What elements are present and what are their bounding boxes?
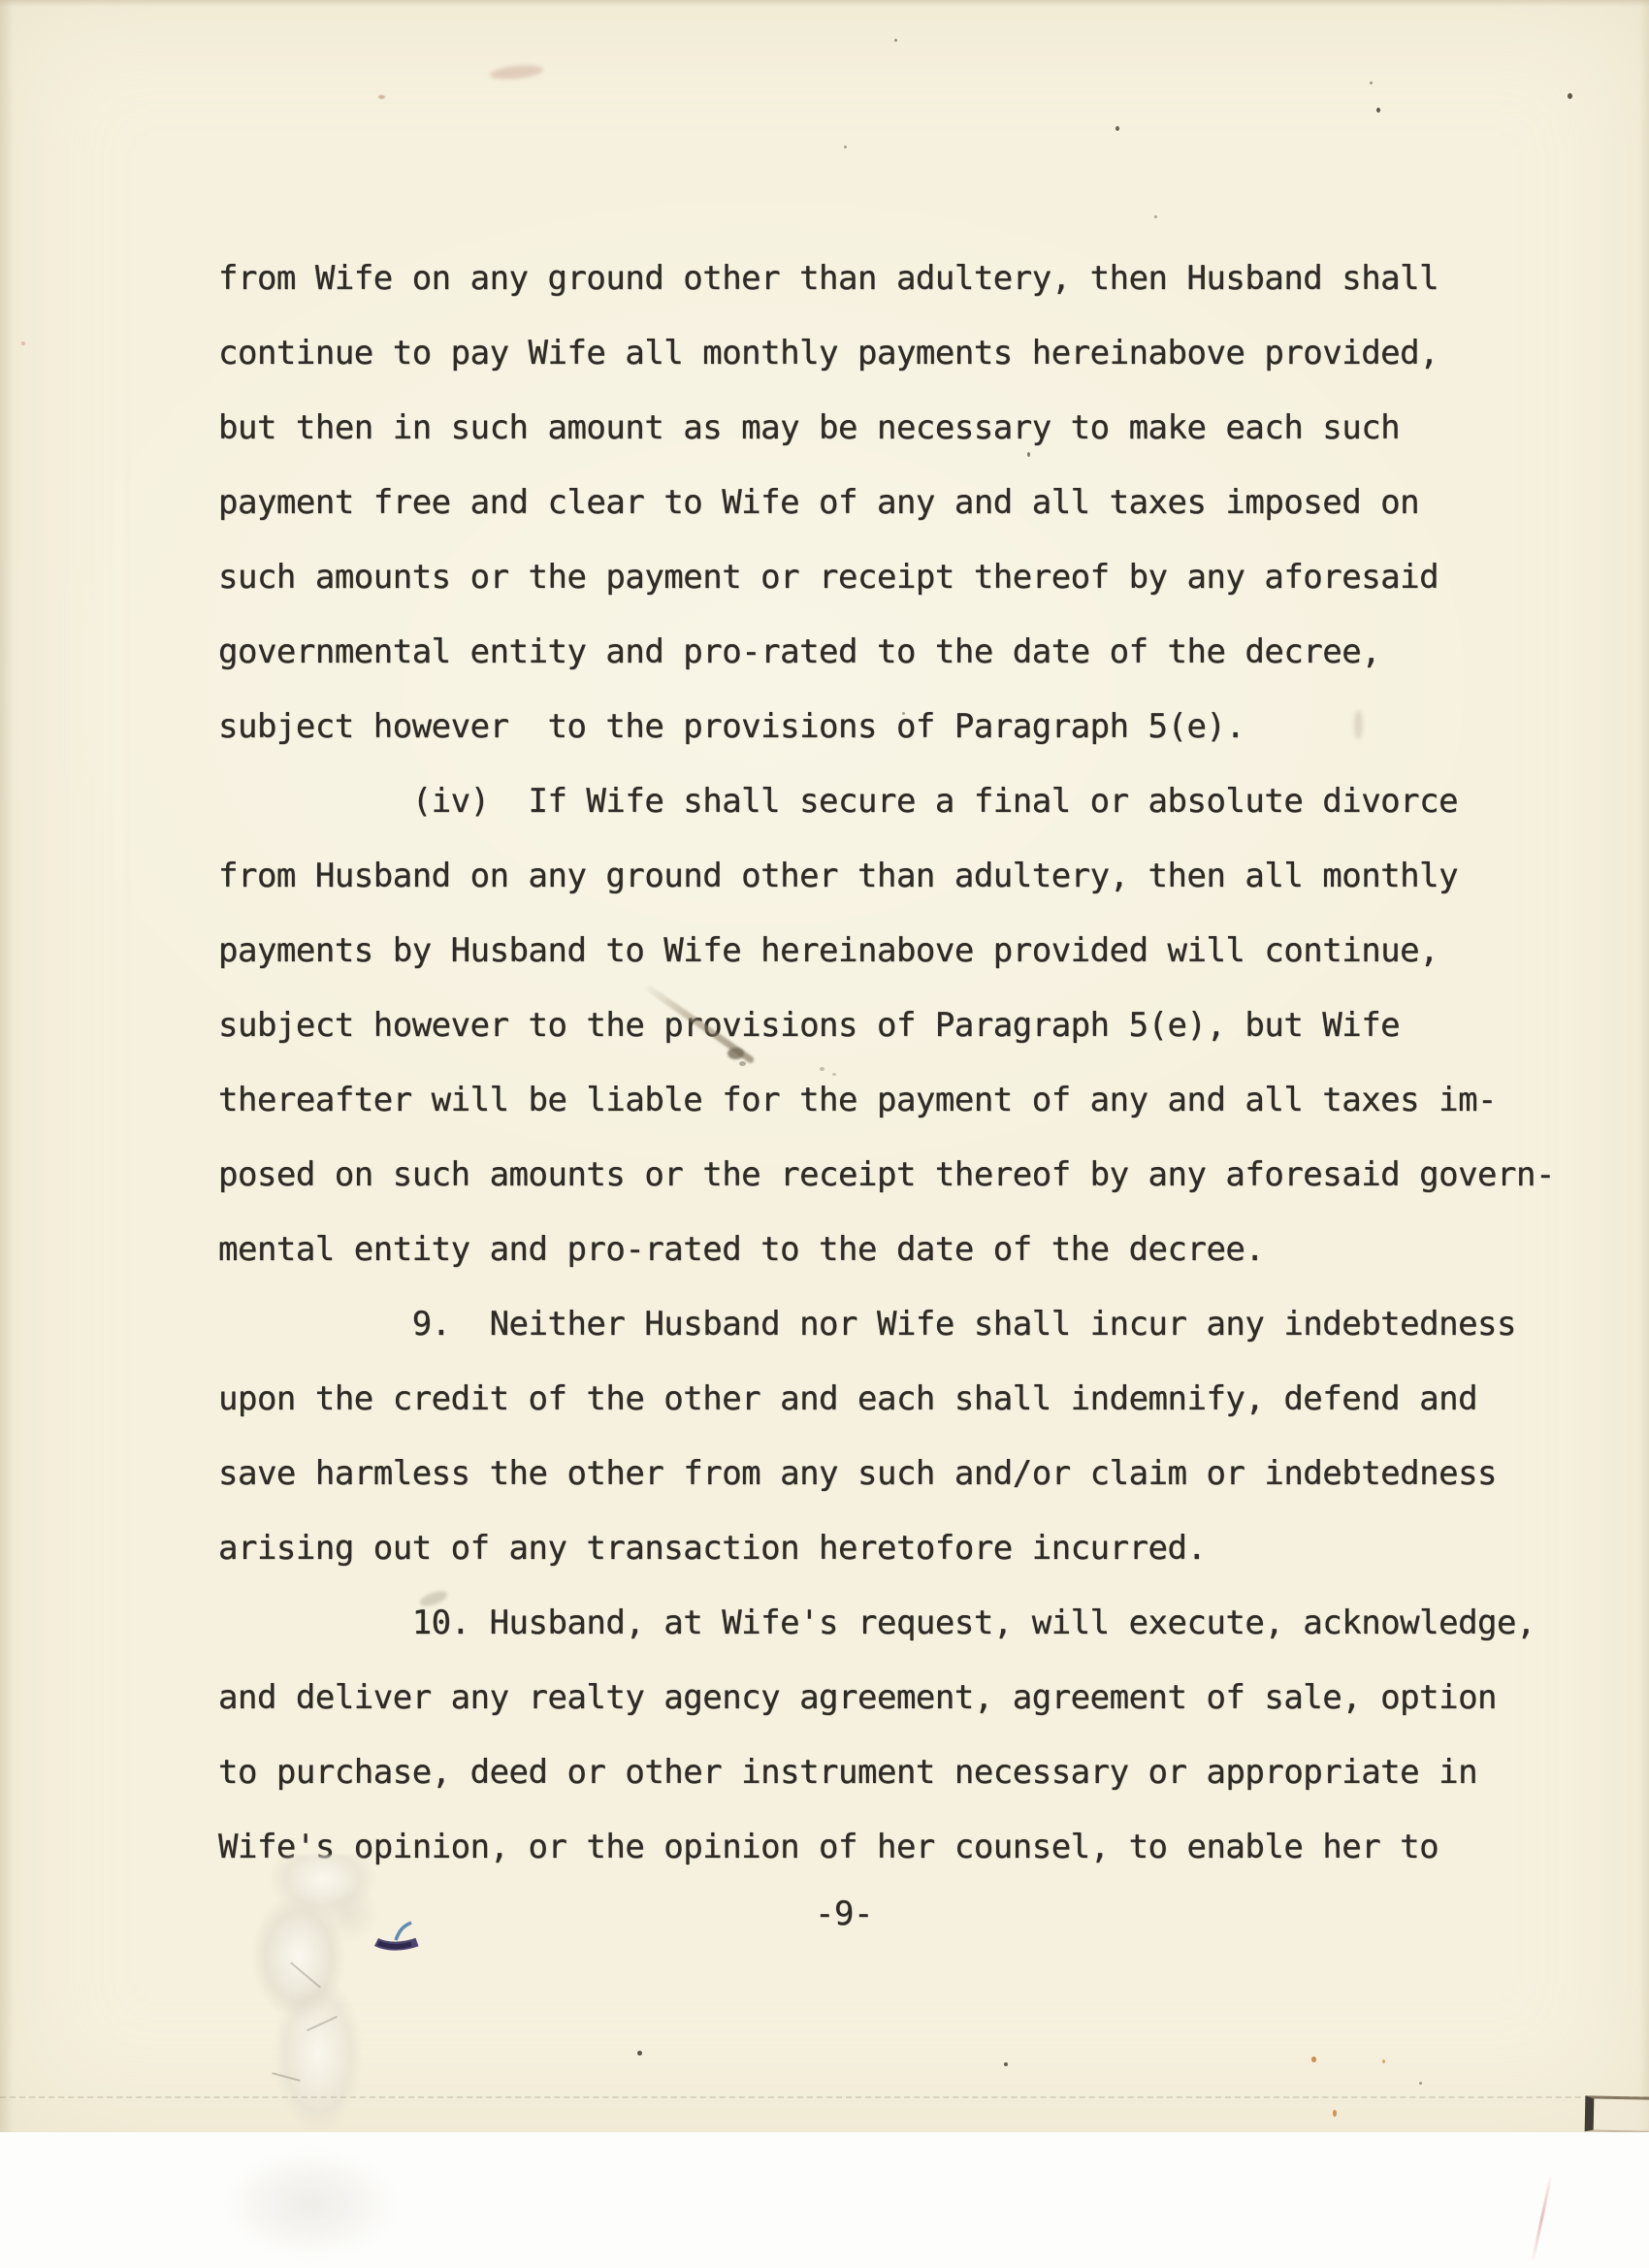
text-line: payment free and clear to Wife of any an… (218, 466, 1555, 540)
text-line: mental entity and pro-rated to the date … (218, 1213, 1555, 1287)
text-line: such amounts or the payment or receipt t… (218, 540, 1555, 615)
pen-box-mark (1585, 2095, 1649, 2132)
paper-speck (820, 1067, 824, 1071)
text-line: (iv) If Wife shall secure a final or abs… (218, 764, 1555, 839)
text-line: posed on such amounts or the receipt the… (218, 1138, 1555, 1213)
paper-speck (844, 146, 847, 148)
paper-speck (1333, 2110, 1337, 2117)
text-line: and deliver any realty agency agreement,… (218, 1661, 1555, 1735)
text-line: governmental entity and pro-rated to the… (218, 615, 1555, 690)
paper-speck (1154, 215, 1157, 218)
text-line: from Wife on any ground other than adult… (218, 242, 1555, 316)
paper-speck (1382, 2059, 1385, 2063)
paper-speck (1004, 2062, 1008, 2066)
blue-ink-mark (367, 1913, 427, 1956)
paper-speck (1376, 108, 1380, 113)
text-line: from Husband on any ground other than ad… (218, 839, 1555, 914)
faint-smudge (489, 63, 543, 81)
paper-speck (1419, 2082, 1422, 2085)
text-line: continue to pay Wife all monthly payment… (218, 316, 1555, 391)
fold-crease-line (0, 2096, 1649, 2098)
paper-speck (21, 341, 25, 345)
scratch-mark (1532, 2177, 1552, 2261)
text-line: subject however to the provisions of Par… (218, 988, 1555, 1063)
text-line: arising out of any transaction heretofor… (218, 1511, 1555, 1586)
text-line: upon the credit of the other and each sh… (218, 1362, 1555, 1437)
text-line: 9. Neither Husband nor Wife shall incur … (218, 1287, 1555, 1362)
paper-speck (637, 2051, 642, 2056)
paper-speck (902, 712, 905, 715)
faint-smudge (1354, 710, 1363, 739)
water-stain (241, 1855, 435, 2132)
paper-sheet: from Wife on any ground other than adult… (0, 0, 1649, 2132)
text-line: save harmless the other from any such an… (218, 1437, 1555, 1511)
scanner-background-strip (0, 2132, 1649, 2268)
paper-speck (1370, 81, 1373, 84)
paper-speck (894, 39, 897, 42)
text-line: thereafter will be liable for the paymen… (218, 1063, 1555, 1138)
text-line: 10. Husband, at Wife's request, will exe… (218, 1586, 1555, 1661)
document-text-block: from Wife on any ground other than adult… (218, 242, 1555, 1885)
paper-speck (378, 95, 385, 99)
paper-speck (832, 1073, 836, 1076)
paper-speck (739, 1061, 746, 1066)
text-line: to purchase, deed or other instrument ne… (218, 1735, 1555, 1810)
paper-speck (1027, 452, 1030, 457)
scanned-document-page: from Wife on any ground other than adult… (0, 0, 1649, 2268)
paper-speck (1568, 93, 1572, 99)
text-line: but then in such amount as may be necess… (218, 391, 1555, 466)
stain-shadow (223, 2150, 398, 2258)
smudge-dot (727, 1048, 744, 1059)
paper-speck (1115, 126, 1119, 131)
paper-speck (1311, 2057, 1316, 2062)
text-line: payments by Husband to Wife hereinabove … (218, 914, 1555, 988)
